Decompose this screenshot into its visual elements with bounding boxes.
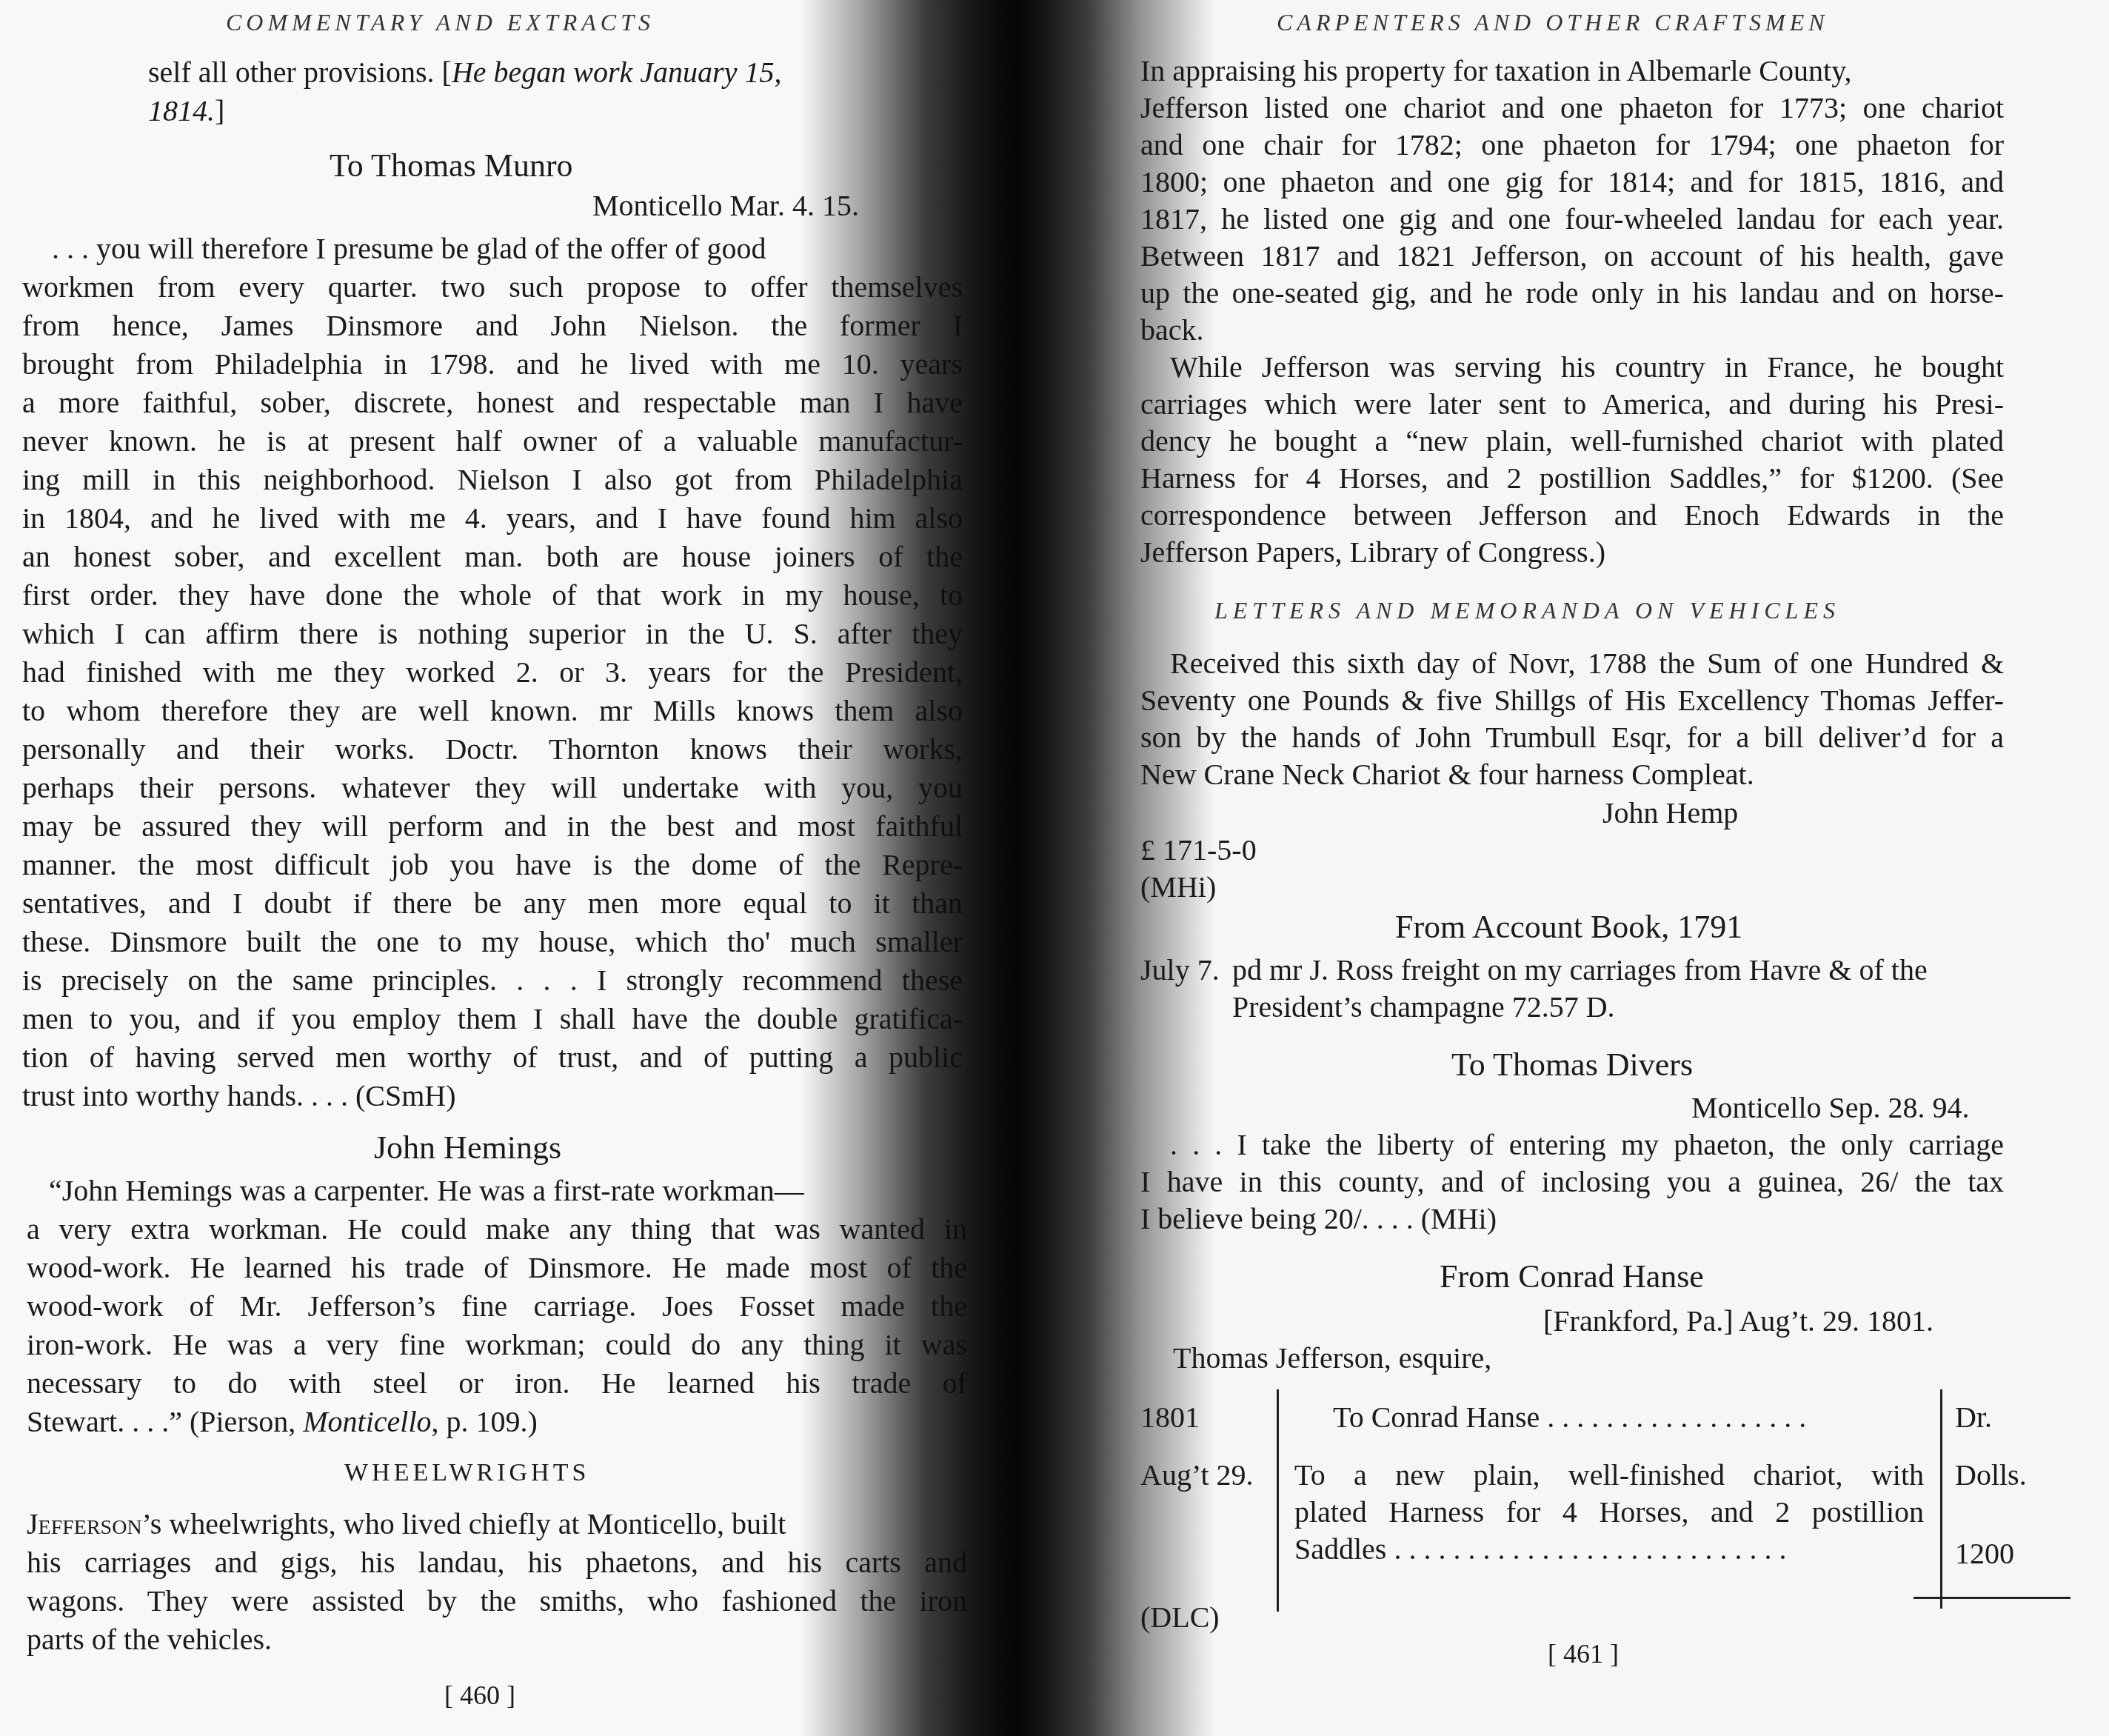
ledger-total-rule xyxy=(1914,1597,2070,1599)
letter-line: personally and their works. Doctr. Thorn… xyxy=(22,732,963,767)
munro-heading: To Thomas Munro xyxy=(330,147,573,184)
letter-line: to whom therefore they are well known. m… xyxy=(22,693,963,729)
ledger-item: To Conrad Hanse . . . . . . . . . . . . … xyxy=(1333,1400,1806,1435)
letter-line: perhaps their persons. whatever they wil… xyxy=(22,770,963,806)
paragraph-line: 1817, he listed one gig and one four-whe… xyxy=(1140,201,2004,237)
letter-line: workmen from every quarter. two such pro… xyxy=(22,270,963,305)
letter-line: manner. the most difficult job you have … xyxy=(22,847,963,883)
entry-line: pd mr J. Ross freight on my carriages fr… xyxy=(1232,952,1928,988)
letter-line: which I can affirm there is nothing supe… xyxy=(22,616,963,652)
quote-line: necessary to do with steel or iron. He l… xyxy=(27,1366,967,1401)
ledger-item: To a new plain, well-finished chariot, w… xyxy=(1294,1458,1924,1493)
intro-line-1: self all other provisions. [He began wor… xyxy=(148,55,781,90)
divers-dateline: Monticello Sep. 28. 94. xyxy=(1691,1090,1970,1126)
intro-line-2: 1814.] xyxy=(148,93,224,129)
entry-date: July 7. xyxy=(1140,952,1220,988)
letter-line: I have in this county, and of inclosing … xyxy=(1140,1164,2004,1200)
letter-line: first order. they have done the whole of… xyxy=(22,578,963,613)
paragraph-line: In appraising his property for taxation … xyxy=(1140,53,2004,89)
paragraph-line: Harness for 4 Horses, and 2 postillion S… xyxy=(1140,461,2004,496)
letter-line: tion of having served men worthy of trus… xyxy=(22,1040,963,1075)
paragraph-line: correspondence between Jefferson and Eno… xyxy=(1140,498,2004,533)
quote-line: wood-work of Mr. Jefferson’s fine carria… xyxy=(27,1289,967,1324)
letter-line: is precisely on the same principles. . .… xyxy=(22,963,963,998)
paragraph-line: Jefferson listed one chariot and one pha… xyxy=(1140,90,2004,126)
letter-line: ing mill in this neighborhood. Nielson I… xyxy=(22,462,963,498)
receipt-line: son by the hands of John Trumbull Esqr, … xyxy=(1140,720,2004,755)
hanse-dateline: [Frankford, Pa.] Aug’t. 29. 1801. xyxy=(1543,1303,1933,1339)
right-page: CARPENTERS AND OTHER CRAFTSMEN In apprai… xyxy=(1054,0,2109,1736)
ledger-item: plated Harness for 4 Horses, and 2 posti… xyxy=(1294,1495,1924,1530)
receipt-line: New Crane Neck Chariot & four harness Co… xyxy=(1140,757,1754,792)
account-book-heading: From Account Book, 1791 xyxy=(1395,908,1742,946)
quote-line: iron-work. He was a very fine workman; c… xyxy=(27,1327,967,1363)
letter-line: may be assured they will perform and in … xyxy=(22,809,963,844)
ledger-item: Saddles . . . . . . . . . . . . . . . . … xyxy=(1294,1532,1786,1567)
quote-line: a very extra workman. He could make any … xyxy=(27,1212,967,1247)
entry-line: President’s champagne 72.57 D. xyxy=(1232,989,1615,1025)
ledger-date: 1801 xyxy=(1140,1400,1200,1435)
letter-line: trust into worthy hands. . . . (CSmH) xyxy=(22,1078,456,1114)
paragraph-line: wagons. They were assisted by the smiths… xyxy=(27,1583,967,1619)
quote-line: “John Hemings was a carpenter. He was a … xyxy=(27,1173,967,1209)
paragraph-line: carriages which were later sent to Ameri… xyxy=(1140,387,2004,422)
divers-heading: To Thomas Divers xyxy=(1451,1046,1693,1084)
paragraph-line: and one chair for 1782; one phaeton for … xyxy=(1140,127,2004,163)
receipt-line: Received this sixth day of Novr, 1788 th… xyxy=(1140,646,2004,681)
paragraph-line: back. xyxy=(1140,313,1204,348)
letter-line: never known. he is at present half owner… xyxy=(22,424,963,459)
letter-line: sentatives, and I doubt if there be any … xyxy=(22,886,963,921)
paragraph-line: Jefferson Papers, Library of Congress.) xyxy=(1140,535,1605,570)
ledger-divider-right xyxy=(1940,1389,1942,1609)
ledger-divider-left xyxy=(1277,1389,1279,1612)
paragraph-line: parts of the vehicles. xyxy=(27,1622,272,1657)
page-number-right: [ 461 ] xyxy=(1548,1638,1619,1669)
running-head-left: COMMENTARY AND EXTRACTS xyxy=(226,9,655,36)
letter-line: a more faithful, sober, discrete, honest… xyxy=(22,385,963,421)
ledger-amount: 1200 xyxy=(1955,1536,2014,1572)
munro-dateline: Monticello Mar. 4. 15. xyxy=(592,188,859,224)
quote-line: Stewart. . . .” (Pierson, Monticello, p.… xyxy=(27,1404,538,1440)
receipt-amount: £ 171-5-0 xyxy=(1140,832,1257,868)
hemings-heading: John Hemings xyxy=(374,1129,561,1166)
paragraph-line: 1800; one phaeton and one gig for 1814; … xyxy=(1140,164,2004,200)
page-number-left: [ 460 ] xyxy=(444,1680,515,1711)
letter-line: an honest sober, and excellent man. both… xyxy=(22,539,963,575)
paragraph-line: Jefferson’s wheelwrights, who lived chie… xyxy=(27,1506,786,1542)
letter-line: these. Dinsmore built the one to my hous… xyxy=(22,924,963,960)
receipt-line: Seventy one Pounds & five Shillgs of His… xyxy=(1140,683,2004,718)
letter-line: had finished with me they worked 2. or 3… xyxy=(22,655,963,690)
letter-line: . . . I take the liberty of entering my … xyxy=(1140,1127,2004,1163)
letter-line: . . . you will therefore I presume be gl… xyxy=(22,231,963,267)
quote-line: wood-work. He learned his trade of Dinsm… xyxy=(27,1250,967,1286)
left-page: COMMENTARY AND EXTRACTS self all other p… xyxy=(0,0,1054,1736)
letter-line: brought from Philadelphia in 1798. and h… xyxy=(22,347,963,382)
letter-line: in 1804, and he lived with me 4. years, … xyxy=(22,501,963,536)
ledger-date: Aug’t 29. xyxy=(1140,1458,1254,1493)
section-heading: LETTERS AND MEMORANDA ON VEHICLES xyxy=(1214,597,1840,624)
paragraph-line: Between 1817 and 1821 Jefferson, on acco… xyxy=(1140,238,2004,274)
ledger-amount: Dolls. xyxy=(1955,1458,2027,1493)
hanse-heading: From Conrad Hanse xyxy=(1440,1258,1704,1295)
hanse-source: (DLC) xyxy=(1140,1600,1220,1635)
paragraph-line: dency he bought a “new plain, well-furni… xyxy=(1140,424,2004,459)
paragraph-line: While Jefferson was serving his country … xyxy=(1140,350,2004,385)
wheelwrights-heading: WHEELWRIGHTS xyxy=(344,1459,589,1487)
letter-line: I believe being 20/. . . . (MHi) xyxy=(1140,1201,1497,1237)
running-head-right: CARPENTERS AND OTHER CRAFTSMEN xyxy=(1277,9,1829,36)
paragraph-line: up the one-seated gig, and he rode only … xyxy=(1140,276,2004,311)
hanse-salutation: Thomas Jefferson, esquire, xyxy=(1173,1341,1491,1376)
ledger-amount: Dr. xyxy=(1955,1400,1992,1435)
receipt-source: (MHi) xyxy=(1140,869,1216,905)
paragraph-line: his carriages and gigs, his landau, his … xyxy=(27,1545,967,1580)
receipt-signature: John Hemp xyxy=(1602,795,1738,831)
letter-line: men to you, and if you employ them I sha… xyxy=(22,1001,963,1037)
letter-line: from hence, James Dinsmore and John Niel… xyxy=(22,308,963,344)
